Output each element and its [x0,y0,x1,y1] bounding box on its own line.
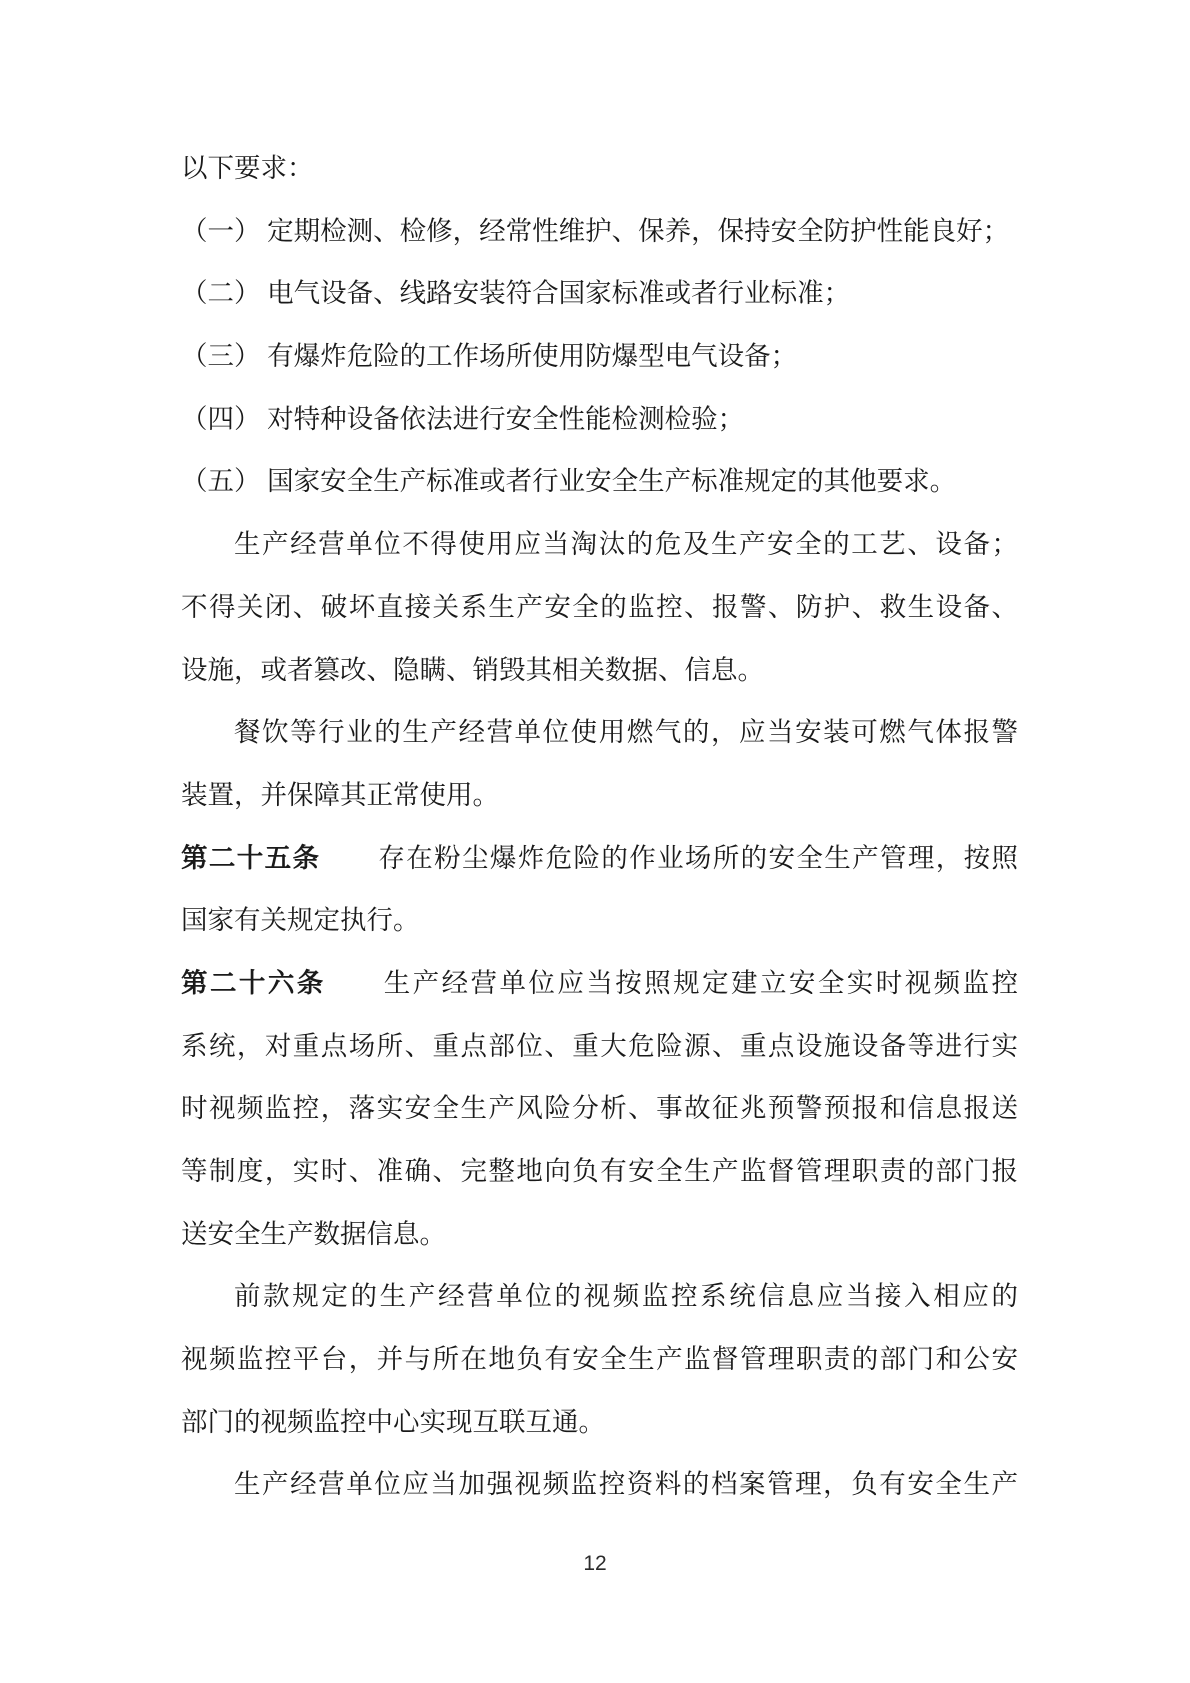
text-line: （三） 有爆炸危险的工作场所使用防爆型电气设备； [181,325,1018,388]
line-text: 生产经营单位应当加强视频监控资料的档案管理，负有安全生产 [234,1469,1018,1499]
text-line: 送安全生产数据信息。 [181,1203,1018,1266]
text-line: （二） 电气设备、线路安装符合国家标准或者行业标准； [181,262,1018,325]
line-text: 部门的视频监控中心实现互联互通。 [181,1407,605,1437]
text-line: 不得关闭、破坏直接关系生产安全的监控、报警、防护、救生设备、 [181,576,1018,639]
line-text: 生产经营单位应当按照规定建立安全实时视频监控 [384,968,1018,998]
line-text: （二） 电气设备、线路安装符合国家标准或者行业标准； [181,278,850,308]
text-line: 生产经营单位应当加强视频监控资料的档案管理，负有安全生产 [181,1453,1018,1516]
text-line: 国家有关规定执行。 [181,889,1018,952]
text-line: 生产经营单位不得使用应当淘汰的危及生产安全的工艺、设备； [181,513,1018,576]
text-line: 装置，并保障其正常使用。 [181,764,1018,827]
text-line: 系统，对重点场所、重点部位、重大危险源、重点设施设备等进行实 [181,1015,1018,1078]
article-line: 第二十六条生产经营单位应当按照规定建立安全实时视频监控 [181,952,1018,1015]
text-line: 时视频监控，落实安全生产风险分析、事故征兆预警预报和信息报送 [181,1077,1018,1140]
document-page: 以下要求：（一） 定期检测、检修，经常性维护、保养，保持安全防护性能良好；（二）… [0,0,1190,1683]
line-text: 存在粉尘爆炸危险的作业场所的安全生产管理，按照 [378,843,1018,873]
line-text: 国家有关规定执行。 [181,905,420,935]
text-line: 餐饮等行业的生产经营单位使用燃气的，应当安装可燃气体报警 [181,701,1018,764]
article-number: 第二十五条 [181,843,320,873]
line-text: 装置，并保障其正常使用。 [181,780,499,810]
article-number: 第二十六条 [181,968,326,998]
line-text: 设施，或者篡改、隐瞒、销毁其相关数据、信息。 [181,655,764,685]
line-text: 以下要求： [181,153,314,183]
line-text: 送安全生产数据信息。 [181,1219,446,1249]
text-line: 等制度，实时、准确、完整地向负有安全生产监督管理职责的部门报 [181,1140,1018,1203]
line-text: （一） 定期检测、检修，经常性维护、保养，保持安全防护性能良好； [181,216,1009,246]
text-line: 设施，或者篡改、隐瞒、销毁其相关数据、信息。 [181,639,1018,702]
line-text: （四） 对特种设备依法进行安全性能检测检验； [181,404,744,434]
line-text: 餐饮等行业的生产经营单位使用燃气的，应当安装可燃气体报警 [234,717,1018,747]
text-line: 前款规定的生产经营单位的视频监控系统信息应当接入相应的 [181,1265,1018,1328]
text-line: （一） 定期检测、检修，经常性维护、保养，保持安全防护性能良好； [181,200,1018,263]
line-text: 时视频监控，落实安全生产风险分析、事故征兆预警预报和信息报送 [181,1093,1018,1123]
page-number: 12 [0,1552,1190,1576]
text-line: 视频监控平台，并与所在地负有安全生产监督管理职责的部门和公安 [181,1328,1018,1391]
line-text: 系统，对重点场所、重点部位、重大危险源、重点设施设备等进行实 [181,1031,1018,1061]
line-text: 等制度，实时、准确、完整地向负有安全生产监督管理职责的部门报 [181,1156,1018,1186]
line-text: （三） 有爆炸危险的工作场所使用防爆型电气设备； [181,341,797,371]
text-line: 以下要求： [181,137,1018,200]
line-text: 生产经营单位不得使用应当淘汰的危及生产安全的工艺、设备； [234,529,1018,559]
text-line: （四） 对特种设备依法进行安全性能检测检验； [181,388,1018,451]
article-line: 第二十五条存在粉尘爆炸危险的作业场所的安全生产管理，按照 [181,827,1018,890]
line-text: 前款规定的生产经营单位的视频监控系统信息应当接入相应的 [234,1281,1018,1311]
line-text: （五） 国家安全生产标准或者行业安全生产标准规定的其他要求。 [181,466,956,496]
line-text: 不得关闭、破坏直接关系生产安全的监控、报警、防护、救生设备、 [181,592,1018,622]
document-lines: 以下要求：（一） 定期检测、检修，经常性维护、保养，保持安全防护性能良好；（二）… [181,137,1018,1516]
line-text: 视频监控平台，并与所在地负有安全生产监督管理职责的部门和公安 [181,1344,1018,1374]
text-line: （五） 国家安全生产标准或者行业安全生产标准规定的其他要求。 [181,450,1018,513]
text-line: 部门的视频监控中心实现互联互通。 [181,1391,1018,1454]
